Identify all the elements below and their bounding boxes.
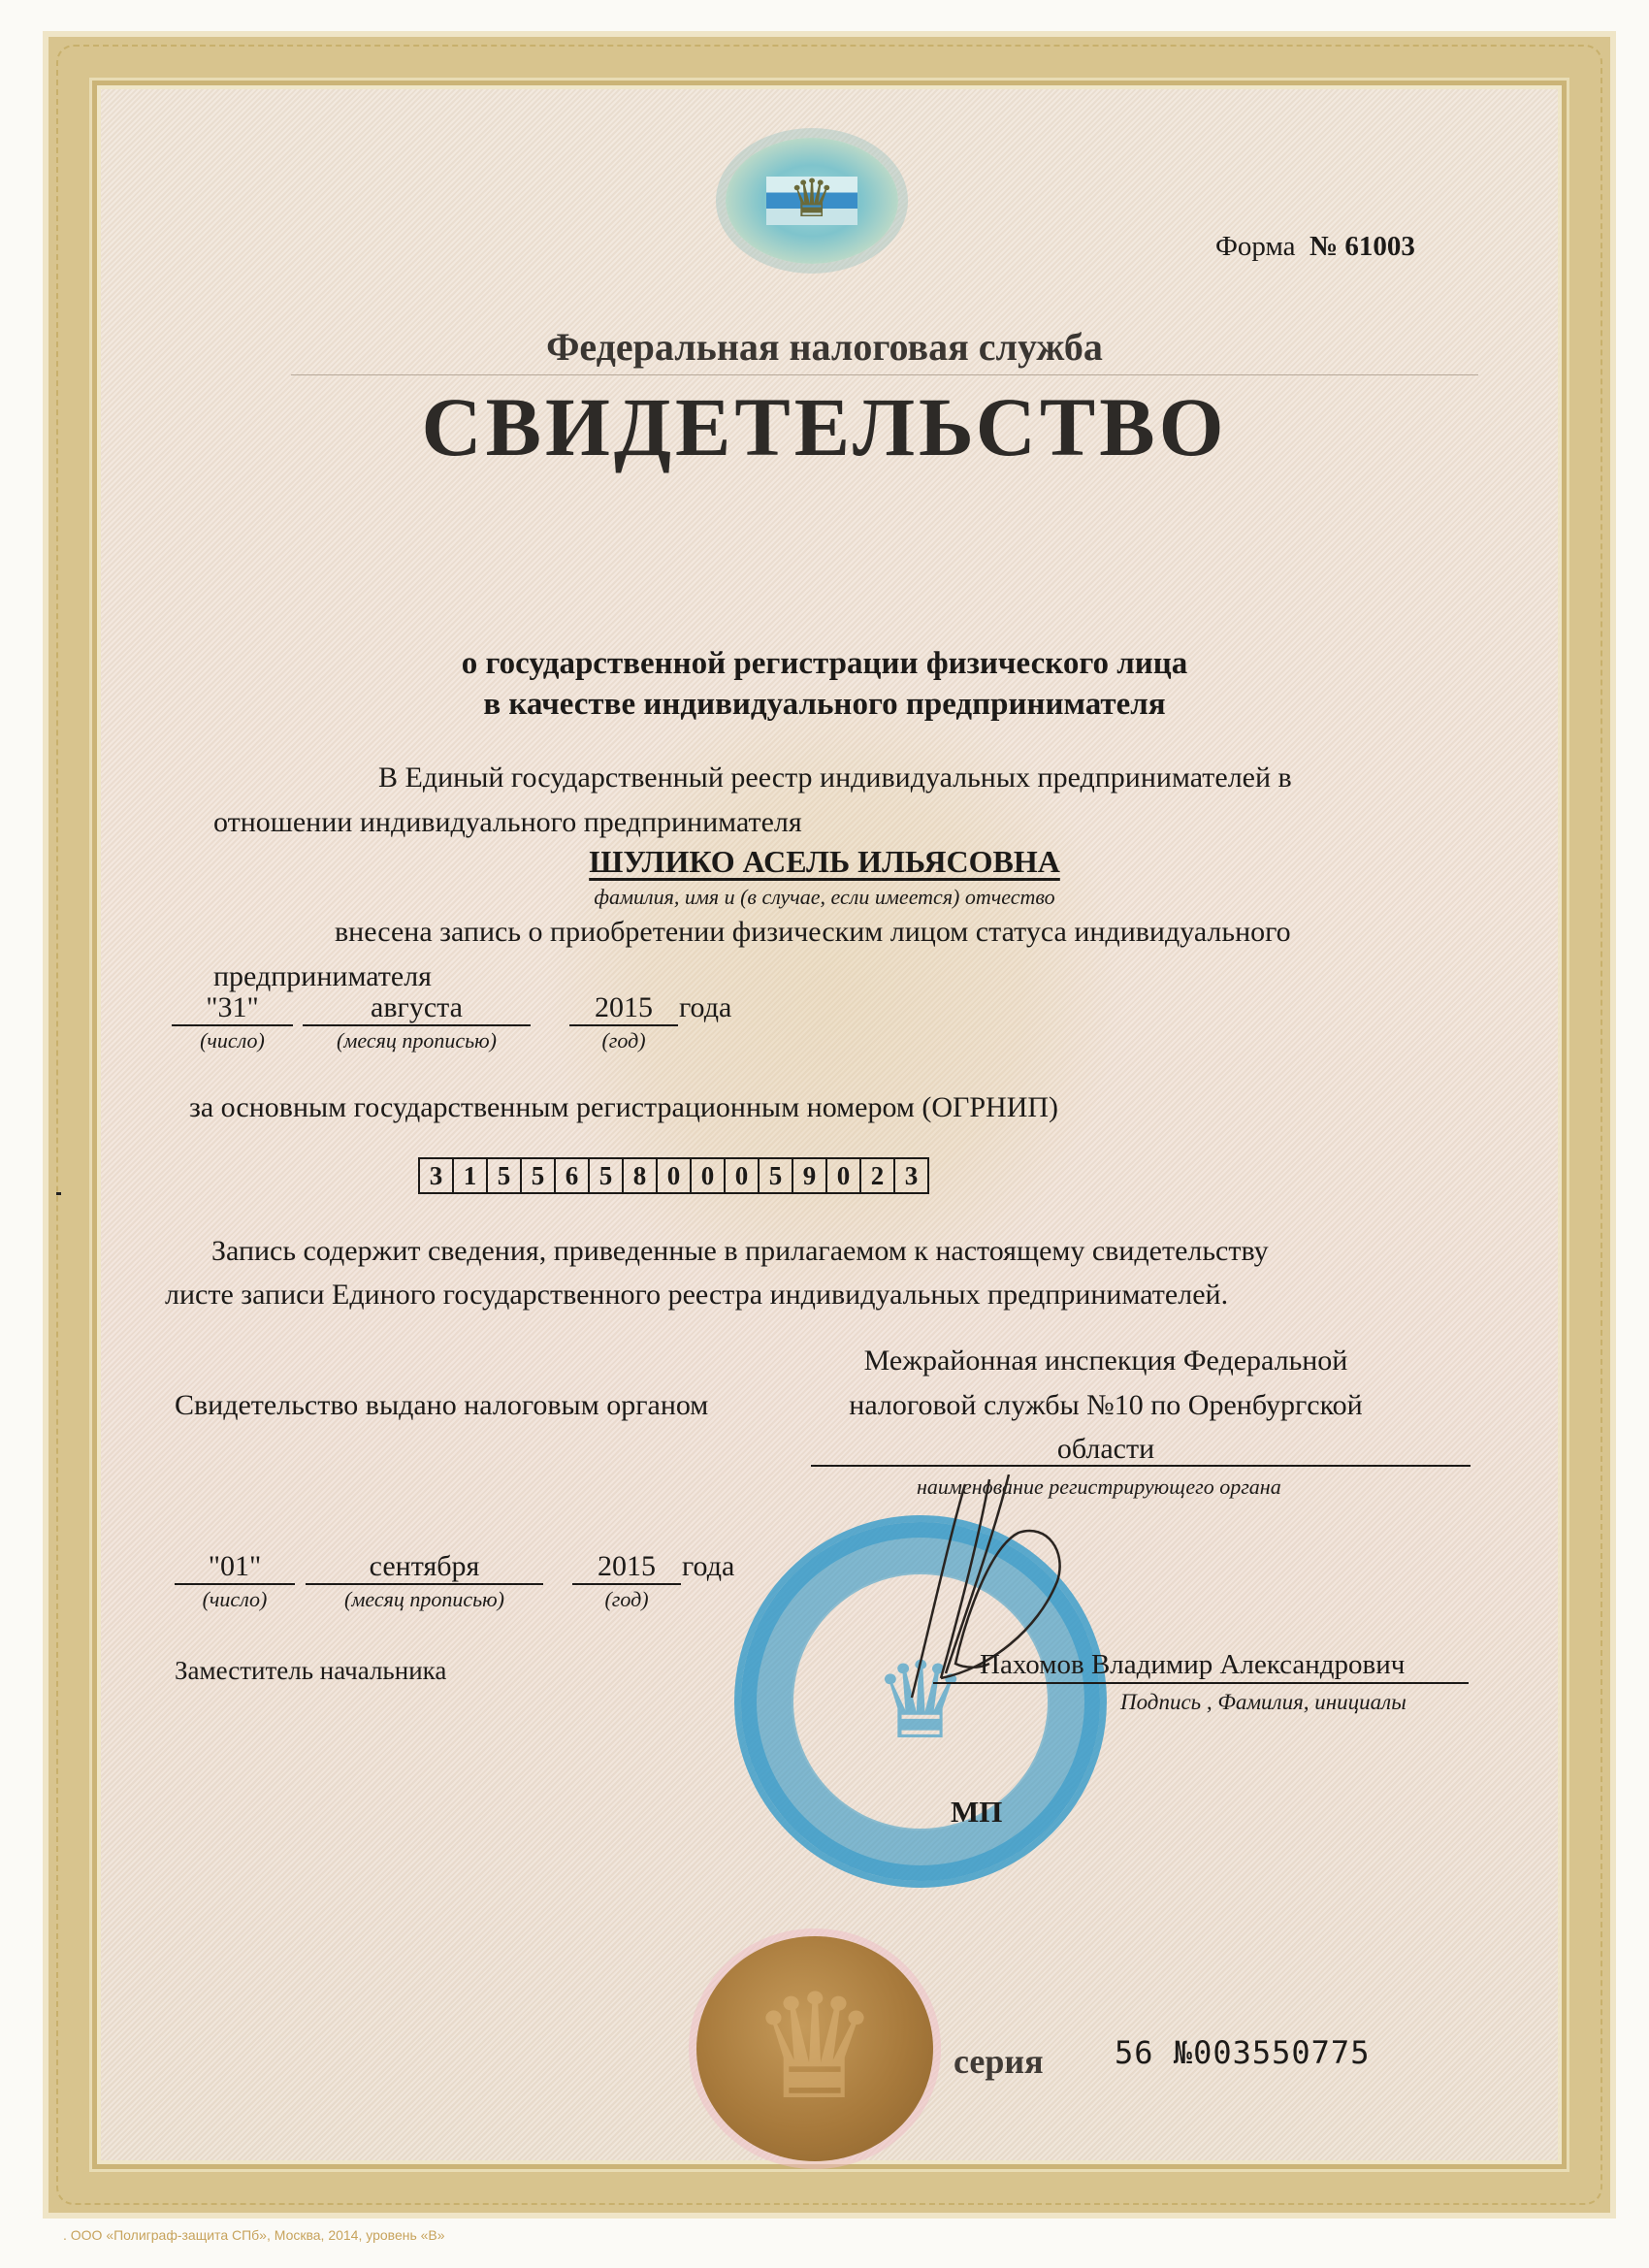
printer-note: . ООО «Полиграф-защита СПб», Москва, 201… bbox=[63, 2227, 445, 2243]
issue-month: сентября bbox=[306, 1550, 543, 1583]
year-hint: (год) bbox=[572, 1587, 681, 1612]
registration-month-field: августа (месяц прописью) bbox=[303, 991, 531, 1053]
registration-year-suffix: года bbox=[679, 991, 731, 1024]
signature-underline bbox=[933, 1682, 1469, 1684]
ogrnip-digit-cell: 1 bbox=[452, 1159, 486, 1192]
hologram-emblem: ♛ bbox=[726, 138, 898, 264]
record-line-1: внесена запись о приобретении физическим… bbox=[335, 916, 1291, 949]
form-label: Форма bbox=[1215, 231, 1296, 262]
ogrnip-digit-cell: 5 bbox=[758, 1159, 792, 1192]
intro-line-1: В Единый государственный реестр индивиду… bbox=[378, 761, 1292, 794]
intro-line-2: отношении индивидуального предпринимател… bbox=[213, 806, 802, 839]
ogrnip-digit-cell: 6 bbox=[554, 1159, 588, 1192]
issue-day: "01" bbox=[175, 1550, 295, 1583]
issue-month-field: сентября (месяц прописью) bbox=[306, 1550, 543, 1612]
ogrnip-label: за основным государственным регистрацион… bbox=[189, 1091, 1058, 1124]
registration-year-field: 2015 (год) bbox=[569, 991, 678, 1053]
name-hint: фамилия, имя и (в случае, если имеется) … bbox=[0, 885, 1649, 910]
year-hint: (год) bbox=[569, 1028, 678, 1053]
day-hint: (число) bbox=[175, 1587, 295, 1612]
issuing-authority-line-2: налоговой службы №10 по Оренбургской bbox=[747, 1389, 1465, 1422]
issue-year-field: 2015 (год) bbox=[572, 1550, 681, 1612]
double-headed-eagle-icon: ♛ bbox=[788, 165, 836, 233]
ogrnip-digit-cell: 8 bbox=[622, 1159, 656, 1192]
document-title: СВИДЕТЕЛЬСТВО bbox=[0, 378, 1649, 475]
signer-position: Заместитель начальника bbox=[175, 1656, 446, 1686]
entrepreneur-name-value: ШУЛИКО АСЕЛЬ ИЛЬЯСОВНА bbox=[589, 844, 1060, 879]
day-hint: (число) bbox=[172, 1028, 293, 1053]
signer-name: Пахомов Владимир Александрович bbox=[980, 1649, 1405, 1681]
issuing-authority-line-3: области bbox=[747, 1433, 1465, 1466]
registration-year: 2015 bbox=[569, 991, 678, 1024]
form-number: Форма № 61003 bbox=[1215, 231, 1415, 263]
coat-of-arms-icon: ♛ bbox=[696, 1936, 933, 2161]
ogrnip-number-grid: 315565800059023 bbox=[418, 1157, 929, 1194]
ogrnip-digit-cell: 9 bbox=[792, 1159, 825, 1192]
ogrnip-digit-cell: 3 bbox=[420, 1159, 452, 1192]
issuing-authority-line-1: Межрайонная инспекция Федеральной bbox=[747, 1345, 1465, 1377]
month-hint: (месяц прописью) bbox=[306, 1587, 543, 1612]
signer-hint: Подпись , Фамилия, инициалы bbox=[1120, 1690, 1406, 1715]
registration-month: августа bbox=[303, 991, 531, 1024]
subtitle-line-2: в качестве индивидуального предпринимате… bbox=[0, 687, 1649, 723]
ogrnip-digit-cell: 5 bbox=[520, 1159, 554, 1192]
ogrnip-digit-cell: 0 bbox=[656, 1159, 690, 1192]
month-hint: (месяц прописью) bbox=[303, 1028, 531, 1053]
ogrnip-digit-cell: 5 bbox=[486, 1159, 520, 1192]
ogrnip-digit-cell: 0 bbox=[825, 1159, 859, 1192]
ogrnip-digit-cell: 3 bbox=[893, 1159, 927, 1192]
issue-year-suffix: года bbox=[682, 1550, 734, 1583]
issue-year: 2015 bbox=[572, 1550, 681, 1583]
ogrnip-digit-cell: 5 bbox=[588, 1159, 622, 1192]
gold-emblem-seal: ♛ bbox=[696, 1936, 933, 2161]
contents-line-1: Запись содержит сведения, приведенные в … bbox=[211, 1235, 1269, 1268]
ogrnip-digit-cell: 2 bbox=[859, 1159, 893, 1192]
seal-place-label: МП bbox=[951, 1795, 1002, 1830]
entrepreneur-name: ШУЛИКО АСЕЛЬ ИЛЬЯСОВНА bbox=[0, 844, 1649, 880]
subtitle-line-1: о государственной регистрации физическог… bbox=[0, 646, 1649, 682]
series-number: 56 №003550775 bbox=[1115, 2034, 1370, 2071]
form-number-value: № 61003 bbox=[1309, 231, 1415, 262]
registration-day: "31" bbox=[172, 991, 293, 1024]
agency-divider bbox=[291, 374, 1478, 375]
series-label: серия bbox=[954, 2041, 1044, 2082]
issued-by-label: Свидетельство выдано налоговым органом bbox=[175, 1389, 708, 1422]
ogrnip-digit-cell: 0 bbox=[724, 1159, 758, 1192]
ogrnip-digit-cell: 0 bbox=[690, 1159, 724, 1192]
authority-underline bbox=[811, 1465, 1471, 1467]
registration-day-field: "31" (число) bbox=[172, 991, 293, 1053]
scan-mark bbox=[56, 1192, 61, 1195]
record-line-2: предпринимателя bbox=[213, 960, 432, 993]
agency-name: Федеральная налоговая служба bbox=[0, 324, 1649, 370]
contents-line-2: листе записи Единого государственного ре… bbox=[165, 1279, 1228, 1312]
issue-day-field: "01" (число) bbox=[175, 1550, 295, 1612]
